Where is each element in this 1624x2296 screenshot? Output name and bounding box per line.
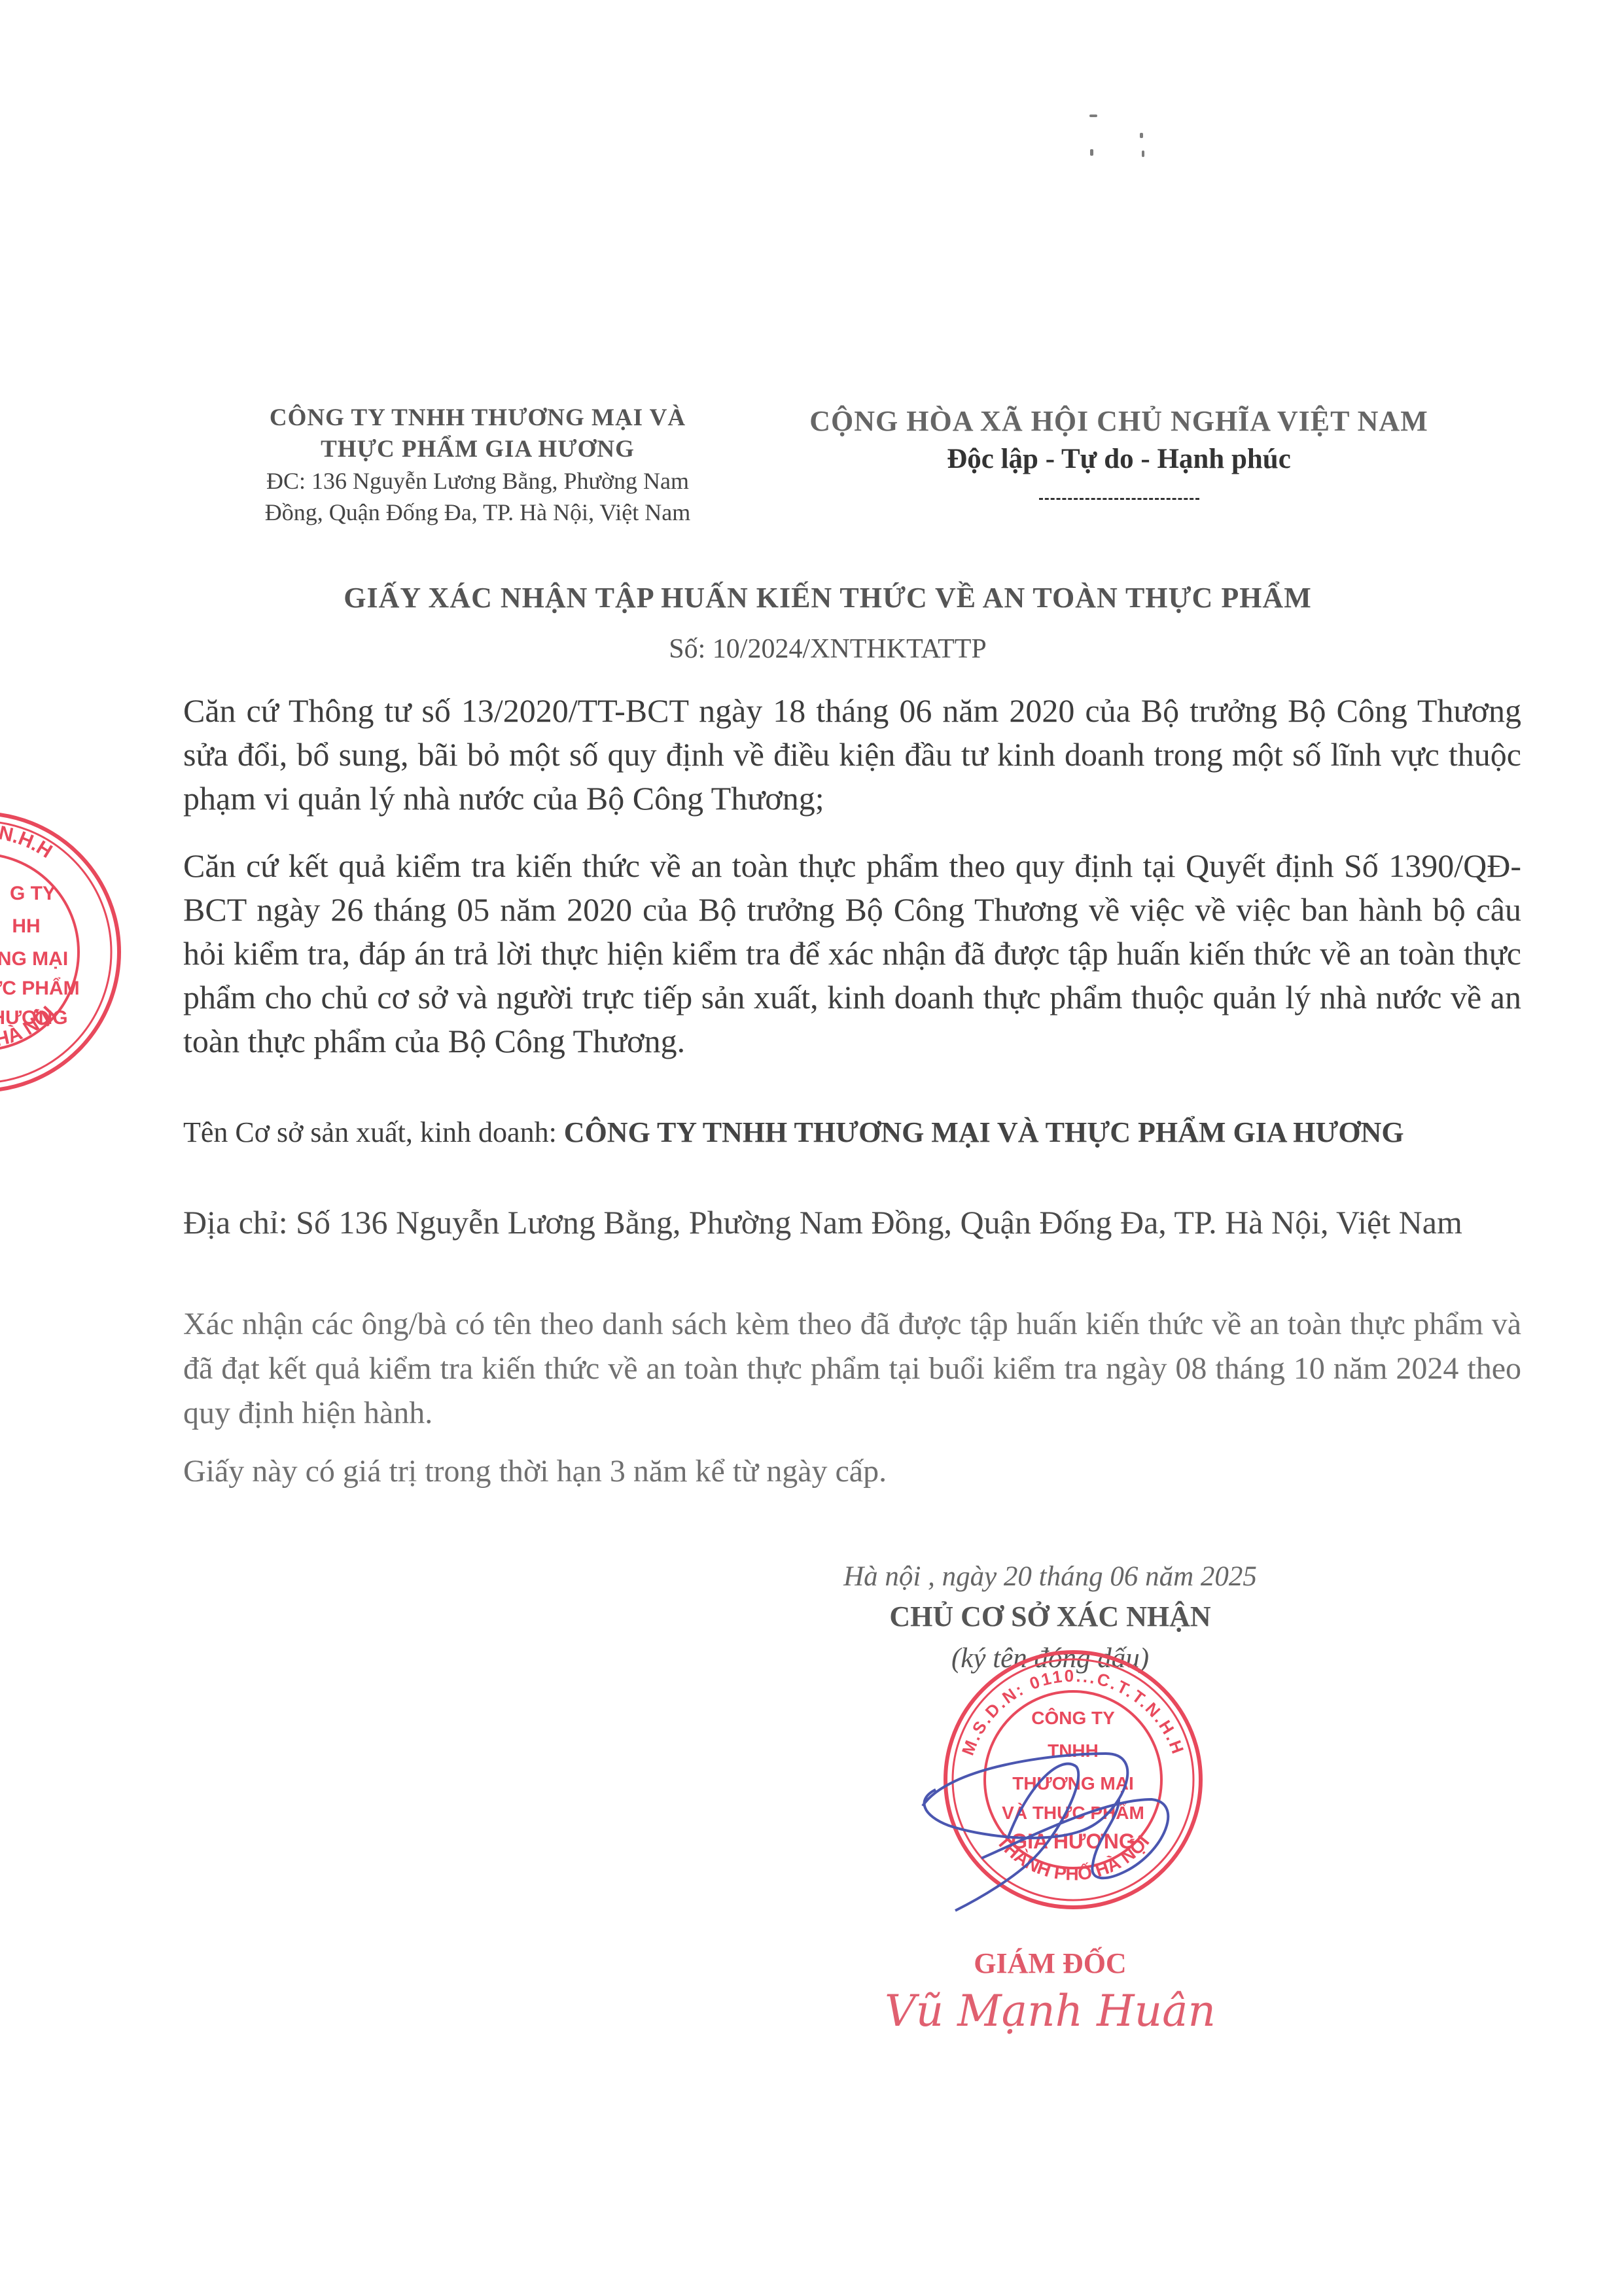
signer-title: GIÁM ĐỐC (772, 1947, 1328, 1980)
national-header: CỘNG HÒA XÃ HỘI CHỦ NGHĨA VIỆT NAM Độc l… (759, 402, 1479, 503)
company-seal-partial: 687.C.T.T.N.H.H PHỐ HÀ NỘI G TY HH NG MẠ… (0, 808, 124, 1096)
business-name-label: Tên Cơ sở sản xuất, kinh doanh: (183, 1116, 564, 1148)
svg-text:HH: HH (12, 915, 40, 937)
svg-text:NG MẠI: NG MẠI (0, 948, 68, 970)
business-name: CÔNG TY TNHH THƯƠNG MẠI VÀ THỰC PHẨM GIA… (564, 1116, 1404, 1148)
issuer-company-line2: THỰC PHẨM GIA HƯƠNG (196, 434, 759, 465)
national-motto: Độc lập - Tự do - Hạnh phúc (759, 440, 1479, 478)
legal-basis-paragraph-2: Căn cứ kết quả kiểm tra kiến thức về an … (183, 844, 1521, 1063)
validity-statement: Giấy này có giá trị trong thời hạn 3 năm… (183, 1449, 1521, 1493)
svg-text:687.C.T.T.N.H.H: 687.C.T.T.N.H.H (0, 821, 56, 862)
national-title: CỘNG HÒA XÃ HỘI CHỦ NGHĨA VIỆT NAM (759, 402, 1479, 440)
svg-text:G TY: G TY (10, 883, 56, 904)
legal-basis-paragraph-1: Căn cứ Thông tư số 13/2020/TT-BCT ngày 1… (183, 689, 1521, 821)
confirmation-paragraph: Xác nhận các ông/bà có tên theo danh sác… (183, 1302, 1521, 1436)
scan-speck (1140, 133, 1143, 138)
issuer-header: CÔNG TY TNHH THƯƠNG MẠI VÀ THỰC PHẨM GIA… (196, 402, 759, 528)
document-number: Số: 10/2024/XNTHKTATTP (196, 633, 1459, 665)
issuer-address-line1: ĐC: 136 Nguyễn Lương Bằng, Phường Nam (196, 465, 759, 497)
svg-text:HƯƠNG: HƯƠNG (0, 1007, 68, 1029)
issuer-company-line1: CÔNG TY TNHH THƯƠNG MẠI VÀ (196, 402, 759, 434)
header-divider (1039, 498, 1199, 500)
signer-name: Vũ Mạnh Huân (772, 1986, 1328, 2036)
scan-speck (1090, 149, 1093, 156)
scan-speck (1142, 150, 1144, 157)
issuer-address-line2: Đồng, Quận Đống Đa, TP. Hà Nội, Việt Nam (196, 497, 759, 528)
signer-role: CHỦ CƠ SỞ XÁC NHẬN (772, 1600, 1328, 1633)
document-title: GIẤY XÁC NHẬN TẬP HUẤN KIẾN THỨC VỀ AN T… (196, 581, 1459, 614)
svg-text:ỰC PHẨM: ỰC PHẨM (0, 977, 80, 999)
scan-speck (1089, 115, 1097, 117)
signing-place-date: Hà nội , ngày 20 tháng 06 năm 2025 (772, 1561, 1328, 1593)
business-name-paragraph: Tên Cơ sở sản xuất, kinh doanh: CÔNG TY … (183, 1112, 1521, 1153)
business-address: Địa chỉ: Số 136 Nguyễn Lương Bằng, Phườn… (183, 1201, 1521, 1245)
svg-text:CÔNG TY: CÔNG TY (1031, 1707, 1115, 1728)
handwritten-signature (909, 1727, 1184, 1924)
